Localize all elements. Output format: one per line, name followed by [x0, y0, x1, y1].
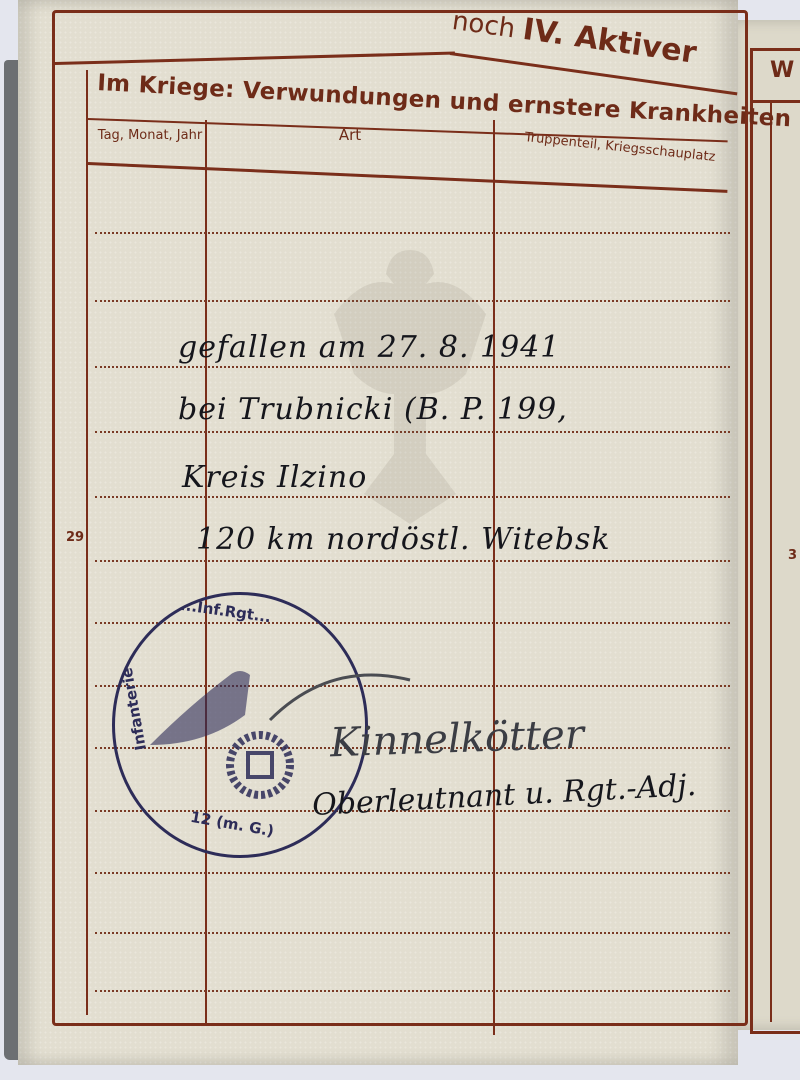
- entry-line-1: gefallen am 27. 8. 1941: [178, 330, 560, 365]
- margin-column-line: [86, 70, 88, 1015]
- ruled-line: [95, 990, 730, 992]
- right-page-frame: [750, 48, 800, 1034]
- entry-line-2: bei Trubnicki (B. P. 199,: [178, 392, 568, 427]
- right-page-number: 3: [788, 548, 797, 563]
- ruled-line: [95, 872, 730, 874]
- column-header-date: Tag, Monat, Jahr: [96, 128, 204, 143]
- column-header-art: Art: [210, 128, 490, 143]
- right-page-header-fragment: W: [770, 58, 794, 83]
- page-number: 29: [66, 530, 84, 545]
- signature-name: Kinnelkötter: [329, 712, 584, 767]
- ruled-line: [95, 232, 730, 234]
- entry-line-4: 120 km nordöstl. Witebsk: [196, 522, 611, 557]
- entry-line-3: Kreis Ilzino: [182, 460, 367, 495]
- right-page-column-line: [770, 102, 772, 1022]
- ruled-line: [95, 932, 730, 934]
- right-page-header-rule: [750, 100, 800, 103]
- ruled-line: [95, 560, 730, 562]
- column-divider-date-art: [205, 120, 207, 1025]
